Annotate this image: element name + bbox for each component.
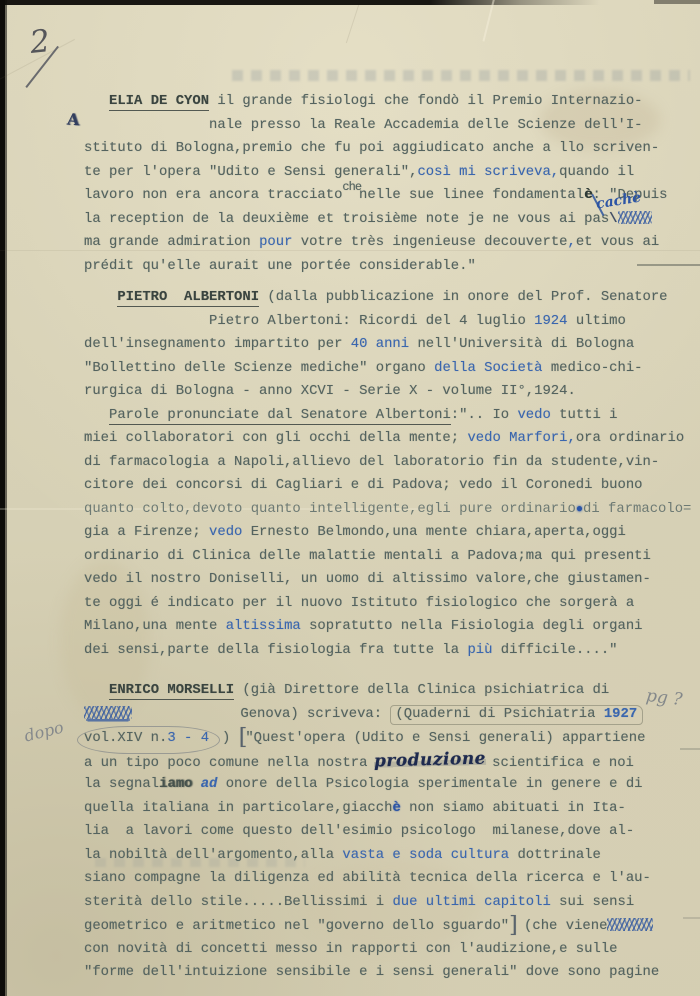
typed-segment: due ultimi capitoli — [392, 894, 550, 910]
typed-segment: , — [568, 234, 576, 250]
handwritten-margin-note-dopo: dopo — [22, 717, 65, 745]
typed-segment: lavoro non era ancora tracciato — [84, 187, 342, 203]
typed-line: ordinario di Clinica delle malattie ment… — [84, 545, 691, 569]
typed-line: rurgica di Bologna - anno XCVI - Serie X… — [84, 380, 691, 404]
typed-segment: vol.XIV n. — [84, 730, 167, 746]
typed-segment: rurgica di Bologna - anno XCVI - Serie X… — [84, 383, 576, 399]
typed-line: siano compagne la diligenza ed abilità t… — [84, 867, 659, 891]
typed-segment: più — [467, 642, 492, 658]
typed-segment: siano compagne la diligenza ed abilità t… — [84, 870, 651, 886]
typed-segment: te per l'opera "Udito e Sensi generali", — [84, 164, 417, 180]
typed-segment: (Quaderni di Psichiatria 1927 — [390, 705, 643, 725]
typed-segment — [84, 407, 109, 423]
typed-segment — [84, 93, 109, 109]
paragraph-enrico-morselli: ENRICO MORSELLI (già Direttore della Cli… — [84, 679, 659, 985]
typed-line: lavoro non era ancora tracciatochenelle … — [84, 184, 667, 208]
typed-segment: 1927 — [604, 706, 637, 722]
typed-line: la segnaliamo ad onore della Psicologia … — [84, 773, 659, 797]
typed-segment: (che viene — [516, 918, 608, 934]
typed-segment: nale presso la Reale Accademia delle Sci… — [84, 117, 643, 133]
handwritten-page-number: 2 — [28, 23, 51, 61]
photo-edge-left — [0, 0, 9, 996]
typed-segment — [618, 211, 652, 224]
typed-line: ELIA DE CYON il grande fisiologi che fon… — [84, 90, 667, 114]
typed-line: citore dei concorsi di Cagliari e di Pad… — [84, 474, 691, 498]
typed-line: vol.XIV n.3 - 4) ["Quest'opera (Udito e … — [84, 726, 659, 750]
typed-line: gia a Firenze; vedo Ernesto Belmondo,una… — [84, 521, 691, 545]
typed-segment: miei collaboratori con gli occhi della m… — [84, 430, 467, 446]
typed-segment — [192, 776, 200, 792]
typed-line: quanto colto,devoto quanto intelligente,… — [84, 498, 691, 522]
typed-segment: vasta e soda cultura — [342, 847, 509, 863]
paper-crease — [482, 0, 495, 41]
typed-segment: "Quest'opera (Udito e Sensi generali) ap… — [245, 730, 645, 746]
paragraph-elia-de-cyon: ELIA DE CYON il grande fisiologi che fon… — [84, 90, 667, 278]
typed-segment: ad — [201, 776, 218, 792]
typed-segment: produzione — [373, 747, 486, 773]
typed-segment: della Società — [434, 360, 542, 376]
photo-edge-corner — [654, 0, 700, 4]
margin-dash — [680, 748, 700, 750]
typed-segment: dell'insegnamento impartito per — [84, 336, 351, 352]
typed-segment: la segnal — [84, 776, 159, 792]
typed-segment: Ernesto Belmondo,una mente chiara,aperta… — [242, 524, 625, 540]
typed-line: nale presso la Reale Accademia delle Sci… — [84, 114, 667, 138]
typed-line: la reception de la deuxième et troisième… — [84, 208, 667, 232]
typed-segment: vedo il nostro Doniselli, un uomo di alt… — [84, 571, 651, 587]
typed-line: miei collaboratori con gli occhi della m… — [84, 427, 691, 451]
typed-segment: medico-chi- — [542, 360, 642, 376]
typed-line: te oggi é indicato per il nuovo Istituto… — [84, 592, 691, 616]
handwritten-caret-mark: A — [66, 110, 80, 130]
typed-segment: 1924 — [534, 313, 567, 329]
typed-segment: Parole pronunciate dal Senatore Alberton… — [109, 407, 451, 425]
typed-segment: Milano,una mente — [84, 618, 226, 634]
typed-segment: votre très ingenieuse decouverte — [292, 234, 567, 250]
typed-line: la nobiltà dell'argomento,alla vasta e s… — [84, 844, 659, 868]
typed-segment: et vous ai — [576, 234, 659, 250]
typed-segment: 40 anni — [351, 336, 409, 352]
typed-segment: gia a Firenze; — [84, 524, 209, 540]
typed-segment: dei sensi,parte della fisiologia fra tut… — [84, 642, 467, 658]
typed-segment: \ — [609, 211, 617, 227]
typed-segment: la nobiltà dell'argomento,alla — [84, 847, 342, 863]
typed-segment: tutti i — [551, 407, 618, 423]
ink-bleed-through — [232, 70, 690, 81]
typed-line: "forme dell'intuizione sensibile e i sen… — [84, 961, 659, 985]
typed-segment: ELIA DE CYON — [109, 93, 209, 111]
typed-line: ma grande admiration pour votre très ing… — [84, 231, 667, 255]
typed-segment: con novità di concetti messo in rapporti… — [84, 941, 618, 957]
typed-segment: stituto di Bologna,premio che fu poi agg… — [84, 140, 659, 156]
typed-segment — [84, 289, 117, 305]
typed-segment: quando il — [559, 164, 634, 180]
typed-segment: ordinario di Clinica delle malattie ment… — [84, 548, 651, 564]
typed-line: Pietro Albertoni: Ricordi del 4 luglio 1… — [84, 310, 691, 334]
typed-segment — [84, 706, 132, 719]
typed-segment: la reception de la deuxième et troisième… — [84, 211, 609, 227]
paragraph-pietro-albertoni: PIETRO ALBERTONI (dalla pubblicazione in… — [84, 286, 691, 662]
typed-line: di farmacologia a Napoli,allievo del lab… — [84, 451, 691, 475]
typed-line: PIETRO ALBERTONI (dalla pubblicazione in… — [84, 286, 691, 310]
typed-segment: nelle sue linee fondamental — [359, 187, 584, 203]
typed-segment: pour — [259, 234, 292, 250]
margin-dash — [683, 917, 700, 919]
typed-line: prédit qu'elle aurait une portée conside… — [84, 255, 667, 279]
typed-segment: te oggi é indicato per il nuovo Istituto… — [84, 595, 634, 611]
typed-segment: quanto colto,devoto quanto intelligente,… — [84, 501, 576, 517]
typed-segment: ma grande admiration — [84, 234, 259, 250]
typed-segment: prédit qu'elle aurait une portée conside… — [84, 258, 476, 274]
typed-line: geometrico e aritmetico nel "governo del… — [84, 914, 659, 938]
typed-line: te per l'opera "Udito e Sensi generali",… — [84, 161, 667, 185]
typed-segment: onore della Psicologia sperimentale in g… — [217, 776, 642, 792]
typed-segment: ● — [576, 502, 583, 516]
typed-segment: (dalla pubblicazione in onore del Prof. … — [259, 289, 667, 305]
typed-line: sterità dello stile.....Bellissimi i due… — [84, 891, 659, 915]
typed-segment: vedo Marfori, — [467, 430, 575, 446]
typed-segment: difficile...." — [492, 642, 617, 658]
typed-segment — [607, 918, 653, 931]
typed-segment: di farmacologia a Napoli,allievo del lab… — [84, 454, 659, 470]
typed-line: Genova) scriveva: (Quaderni di Psichiatr… — [84, 703, 659, 727]
typed-segment: Pietro Albertoni: Ricordi del 4 luglio — [84, 313, 534, 329]
typed-segment: di farmacolo= — [583, 501, 691, 517]
handwritten-margin-query: pg ? — [645, 686, 683, 710]
typed-line: lia a lavori come questo dell'esimio psi… — [84, 820, 659, 844]
typed-segment: Genova) scriveva: — [132, 706, 390, 722]
typed-segment: "Bollettino delle Scienze mediche" organ… — [84, 360, 434, 376]
typed-segment: lia a lavori come questo dell'esimio psi… — [84, 823, 634, 839]
typed-segment: ENRICO MORSELLI — [109, 682, 234, 700]
typed-segment: scientifica e noi — [484, 755, 634, 771]
typed-segment: nell'Università di Bologna — [409, 336, 634, 352]
typed-segment: dottrinale — [509, 847, 601, 863]
photo-edge-top — [0, 0, 620, 5]
typed-segment: PIETRO ALBERTONI — [117, 289, 259, 307]
typed-segment: non siamo abituati in Ita- — [401, 800, 626, 816]
typed-segment: sui sensi — [551, 894, 634, 910]
typescript-page: ELIA DE CYON il grande fisiologi che fon… — [0, 0, 700, 996]
typed-line: vedo il nostro Doniselli, un uomo di alt… — [84, 568, 691, 592]
typed-line: con novità di concetti messo in rapporti… — [84, 938, 659, 962]
typed-segment: ] — [509, 913, 516, 938]
typed-segment: citore dei concorsi di Cagliari e di Pad… — [84, 477, 643, 493]
typed-segment: (Quaderni di Psichiatria — [395, 706, 603, 722]
typed-line: Milano,una mente altissima sopratutto ne… — [84, 615, 691, 639]
typed-line: ENRICO MORSELLI (già Direttore della Cli… — [84, 679, 659, 703]
typed-segment: geometrico e aritmetico nel "governo del… — [84, 918, 509, 934]
typed-segment: è — [392, 800, 400, 816]
typed-line: stituto di Bologna,premio che fu poi agg… — [84, 137, 667, 161]
paper-crease — [346, 5, 359, 43]
typed-segment: ) — [222, 730, 239, 746]
typed-segment: così mi scriveva, — [417, 164, 559, 180]
typed-segment: 3 - 4 — [167, 730, 209, 746]
typed-segment: sterità dello stile.....Bellissimi i — [84, 894, 392, 910]
typed-segment: altissima — [226, 618, 301, 634]
typed-line: quella italiana in particolare,giacchè n… — [84, 797, 659, 821]
typed-segment: ora ordinario — [576, 430, 684, 446]
typed-segment: quella italiana in particolare,giacch — [84, 800, 392, 816]
typed-segment — [84, 682, 109, 698]
typed-line: dei sensi,parte della fisiologia fra tut… — [84, 639, 691, 663]
typed-segment: :".. Io — [451, 407, 518, 423]
typed-line: dell'insegnamento impartito per 40 anni … — [84, 333, 691, 357]
typed-line: Parole pronunciate dal Senatore Alberton… — [84, 404, 691, 428]
typed-segment: il grande fisiologi che fondò il Premio … — [209, 93, 642, 109]
typed-segment: vedo — [209, 524, 242, 540]
typed-segment: vedo — [517, 407, 550, 423]
typed-segment: (già Direttore della Clinica psichiatric… — [234, 682, 609, 698]
typed-segment: a un tipo poco comune nella nostra — [84, 755, 376, 771]
typed-line: a un tipo poco comune nella nostra produ… — [84, 750, 659, 774]
typed-segment: ultimo — [567, 313, 625, 329]
typed-segment: che — [342, 176, 361, 200]
typed-segment: iamo — [159, 776, 192, 792]
typed-segment: "forme dell'intuizione sensibile e i sen… — [84, 964, 659, 980]
typed-line: "Bollettino delle Scienze mediche" organ… — [84, 357, 691, 381]
typed-segment: sopratutto nella Fisiologia degli organi — [301, 618, 643, 634]
